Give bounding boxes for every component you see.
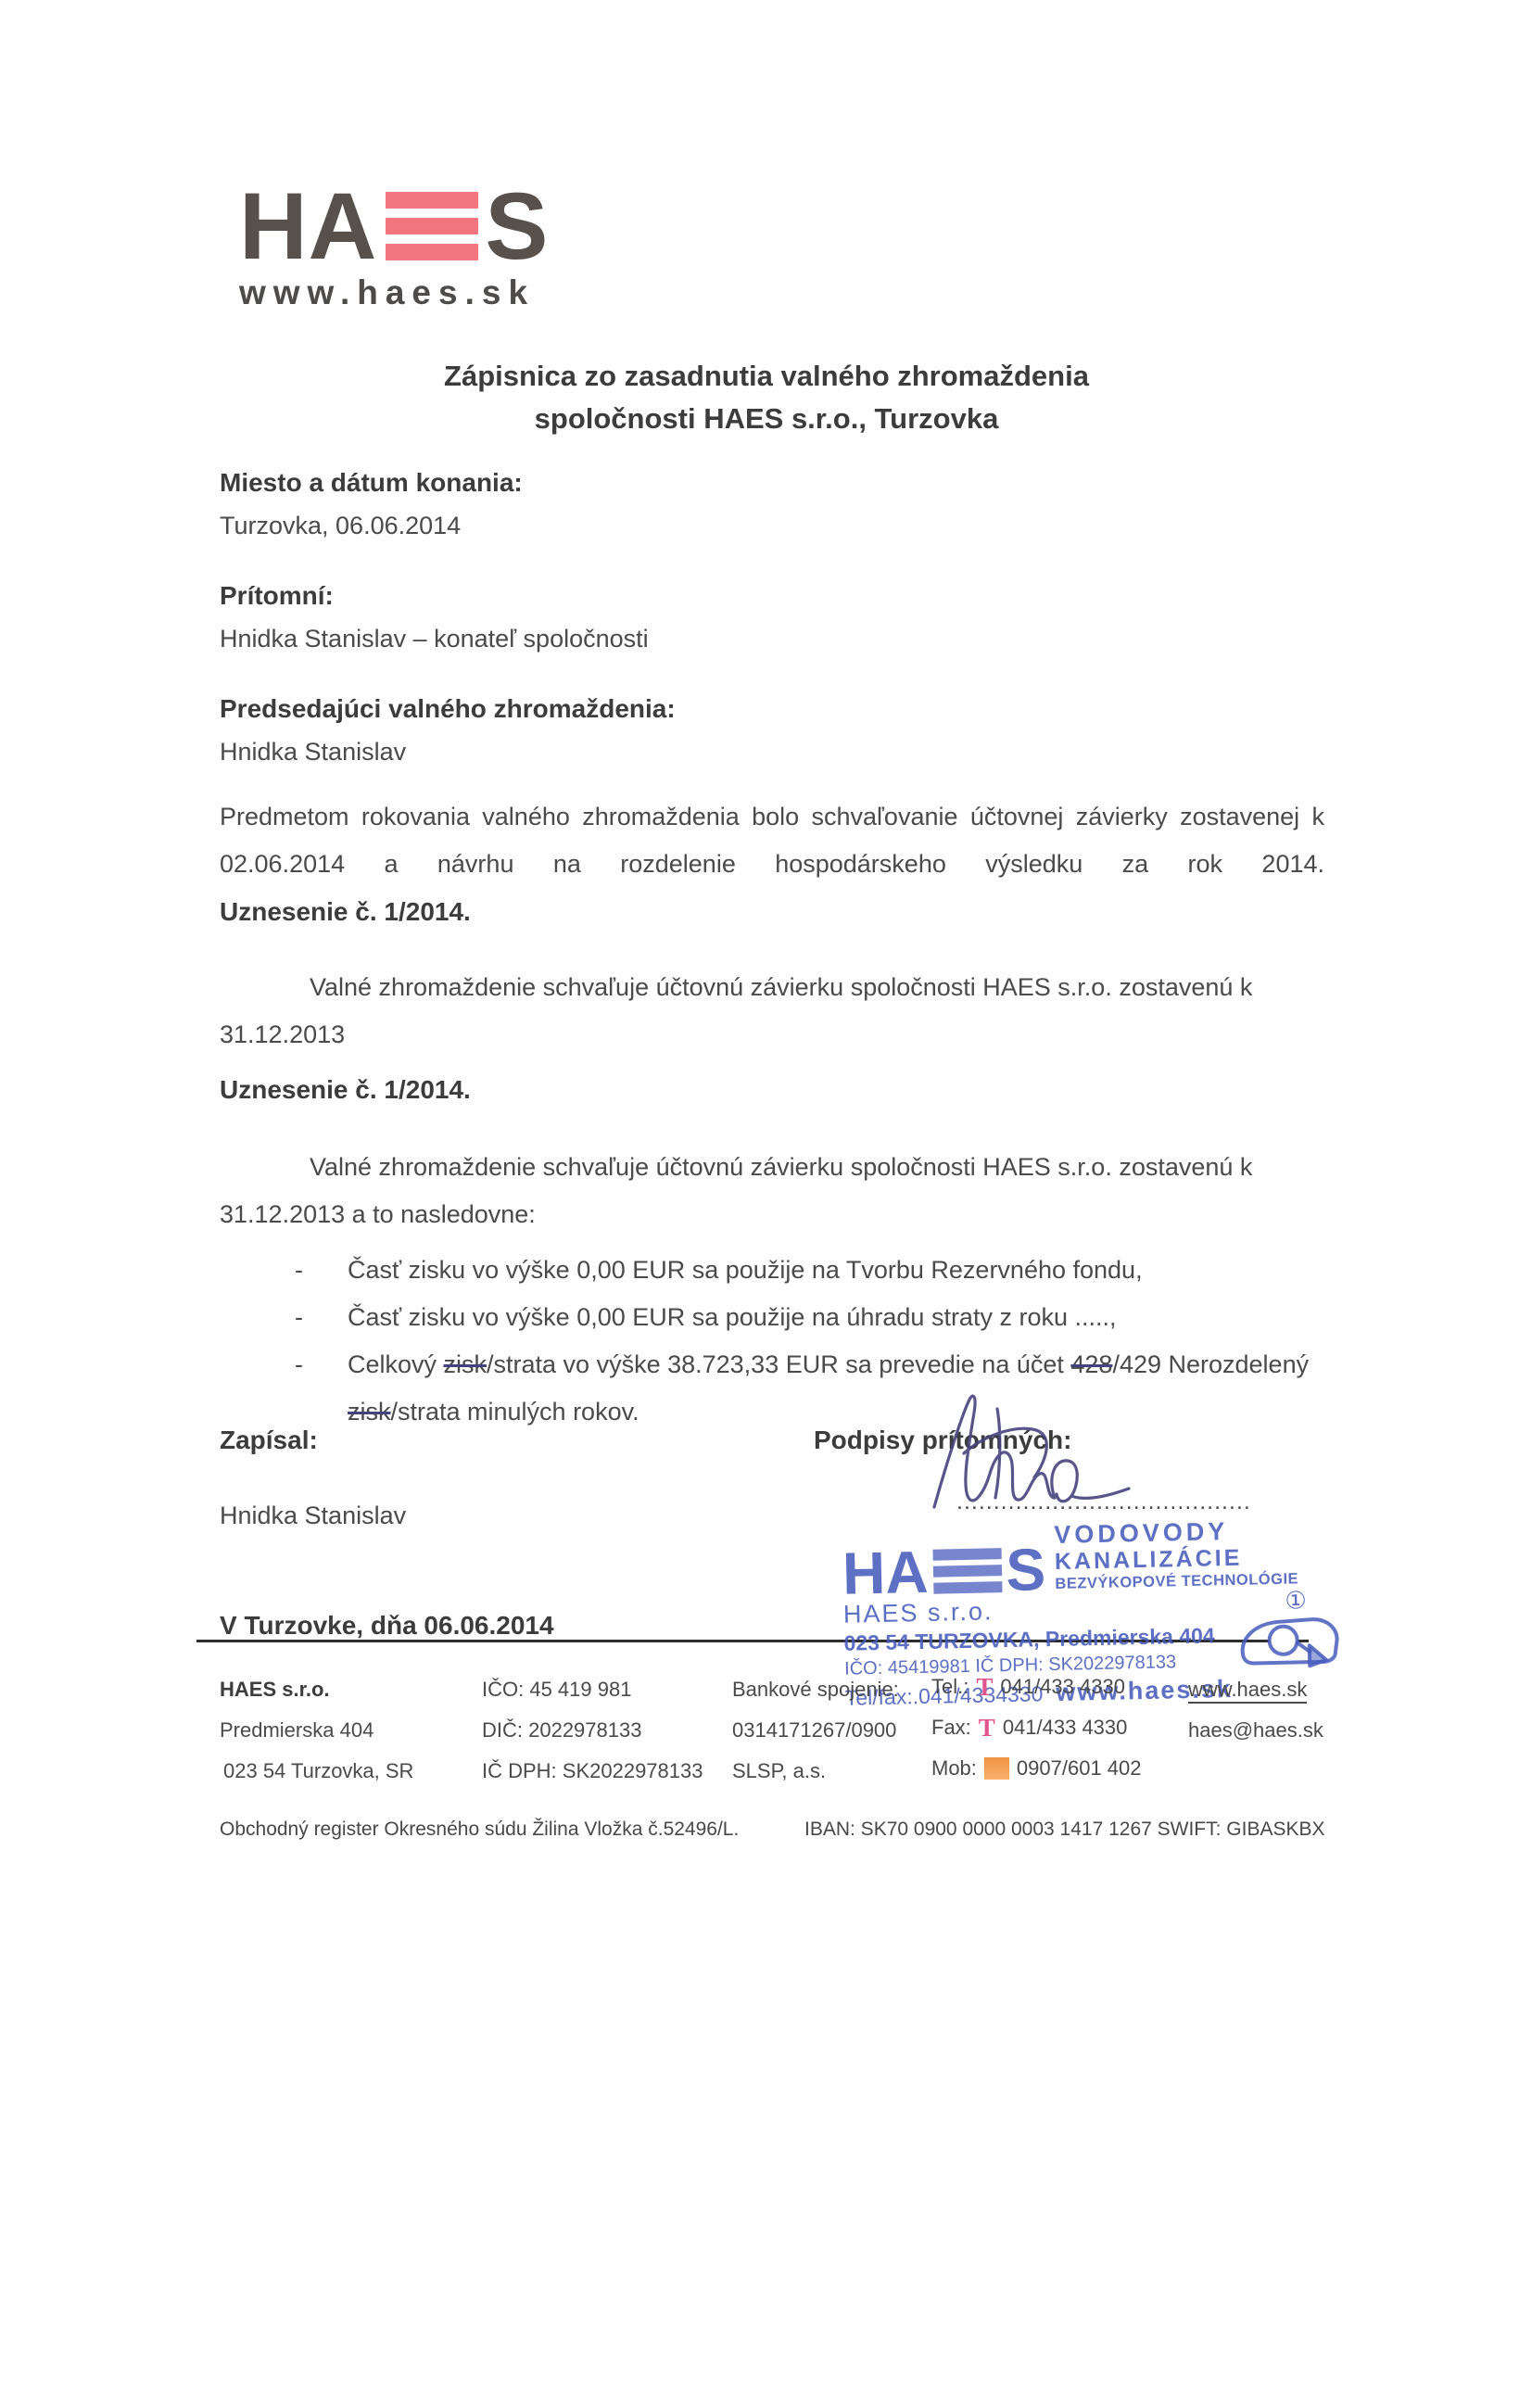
stamp-logo-s: S [1006,1546,1046,1593]
field-present-value: Hnidka Stanislav – konateľ spoločnosti [220,625,649,653]
field-chairman-label: Predsedajúci valného zhromaždenia: [220,694,676,724]
footer-bank-label: Bankové spojenie: [732,1679,899,1700]
field-place-date-value: Turzovka, 06.06.2014 [220,512,461,540]
bullet1-text: Časť zisku vo výške 0,00 EUR sa použije … [348,1247,1143,1294]
subject-paragraph: Predmetom rokovania valného zhromaždenia… [220,793,1324,888]
bullet-dash: - [295,1247,348,1294]
bullet3-seg3: /429 Nerozdelený [1112,1350,1309,1378]
bullet3-text: Celkový zisk/strata vo výške 38.723,33 E… [348,1341,1370,1436]
mob-number: 0907/601 402 [1017,1756,1142,1781]
bullet3-struck-account-428: 428 [1070,1350,1112,1378]
field-present-label: Prítomní: [220,581,334,611]
stamp-logo-ha: HA [842,1548,928,1596]
footer-dic: DIČ: 2022978133 [482,1720,641,1741]
fax-label: Fax: [931,1716,971,1740]
bullet-dash: - [295,1341,348,1436]
field-chairman-value: Hnidka Stanislav [220,738,406,767]
stamp-tagline-kanalizacie: KANALIZÁCIE [1055,1545,1298,1573]
company-logo: HA S www.haes.sk [239,190,549,312]
footer-email: haes@haes.sk [1188,1720,1323,1741]
field-place-date-label: Miesto a dátum konania: [220,468,523,498]
footer-phone-fax: Fax: T 041/433 4330 [931,1716,1127,1740]
mob-label: Mob: [931,1756,977,1781]
orange-operator-icon [984,1757,1009,1780]
footer-ico: IČO: 45 419 981 [482,1679,631,1700]
footer-company-name: HAES s.r.o. [220,1679,330,1700]
stamp-tagline-vodovody: VODOVODY [1054,1517,1298,1547]
logo-e-bars-icon [386,192,478,260]
logo-text-ha: HA [239,190,377,262]
footer-bank-account: 0314171267/0900 [732,1720,896,1741]
telekom-t-icon: T [979,1718,995,1737]
footer-iban-swift: IBAN: SK70 0900 0000 0003 1417 1267 SWIF… [804,1819,1325,1841]
resolution1-heading: Uznesenie č. 1/2014. [220,897,471,927]
telekom-t-icon: T [976,1678,993,1696]
resolution2-body: Valné zhromaždenie schvaľuje účtovnú záv… [220,1144,1324,1238]
list-item: - Časť zisku vo výške 0,00 EUR sa použij… [295,1247,1370,1294]
place-date-signoff: V Turzovke, dňa 06.06.2014 [220,1611,554,1641]
recorded-by-name: Hnidka Stanislav [220,1502,406,1530]
fax-number: 041/433 4330 [1003,1716,1128,1740]
bullet2-text: Časť zisku vo výške 0,00 EUR sa použije … [348,1294,1117,1341]
stamp-tagline-bezvykopove: BEZVÝKOPOVÉ TECHNOLÓGIE [1055,1571,1298,1591]
bullet3-seg2: /strata vo výške 38.723,33 EUR sa preved… [487,1350,1070,1378]
footer-website-text: www.haes.sk [1188,1678,1307,1704]
footer-company-city: 023 54 Turzovka, SR [223,1761,413,1781]
logo-text-s: S [485,190,549,262]
document-title: Zápisnica zo zasadnutia valného zhromažd… [215,355,1318,440]
distribution-bullet-list: - Časť zisku vo výške 0,00 EUR sa použij… [295,1247,1370,1436]
bullet3-seg4: /strata minulých rokov. [391,1398,639,1426]
bullet3-struck-word-zisk: zisk [444,1350,487,1378]
recorded-by-label: Zapísal: [220,1426,318,1455]
signature-dotted-line: ........................................ [956,1489,1251,1515]
resolution1-body: Valné zhromaždenie schvaľuje účtovnú záv… [220,964,1324,1058]
footer-icdph: IČ DPH: SK2022978133 [482,1761,703,1781]
logo-website: www.haes.sk [239,273,549,312]
scanned-document-page: HA S www.haes.sk Zápisnica zo zasadnutia… [0,0,1532,2408]
stamp-taglines: VODOVODY KANALIZÁCIE BEZVÝKOPOVÉ TECHNOL… [1054,1517,1298,1591]
stamp-logo-row: HA S VODOVODY KANALIZÁCIE BEZVÝKOPOVÉ TE… [842,1516,1350,1596]
footer-website-link: www.haes.sk [1188,1679,1307,1700]
bullet-dash: - [295,1294,348,1341]
bullet3-struck-word-zisk2: zisk [348,1398,391,1426]
tel-label: Tel.: [931,1675,969,1699]
tel-number: 041/433 4330 [1000,1675,1125,1699]
document-title-line1: Zápisnica zo zasadnutia valného zhromažd… [215,355,1318,398]
resolution2-heading: Uznesenie č. 1/2014. [220,1075,471,1105]
stamp-logo-e-bars-icon [933,1548,1003,1594]
footer-company-street: Predmierska 404 [220,1720,374,1741]
list-item: - Časť zisku vo výške 0,00 EUR sa použij… [295,1294,1370,1341]
list-item: - Celkový zisk/strata vo výške 38.723,33… [295,1341,1370,1436]
footer-register-info: Obchodný register Okresného súdu Žilina … [220,1819,739,1841]
footer-bank-name: SLSP, a.s. [732,1761,826,1781]
bullet3-seg1: Celkový [348,1350,444,1378]
excavator-icon [1234,1603,1346,1676]
footer-phone-tel: Tel.: T 041/433 4330 [931,1675,1125,1699]
document-title-line2: spoločnosti HAES s.r.o., Turzovka [215,398,1318,440]
footer-phone-mob: Mob: 0907/601 402 [931,1756,1142,1781]
logo-wordmark: HA S [239,190,549,262]
